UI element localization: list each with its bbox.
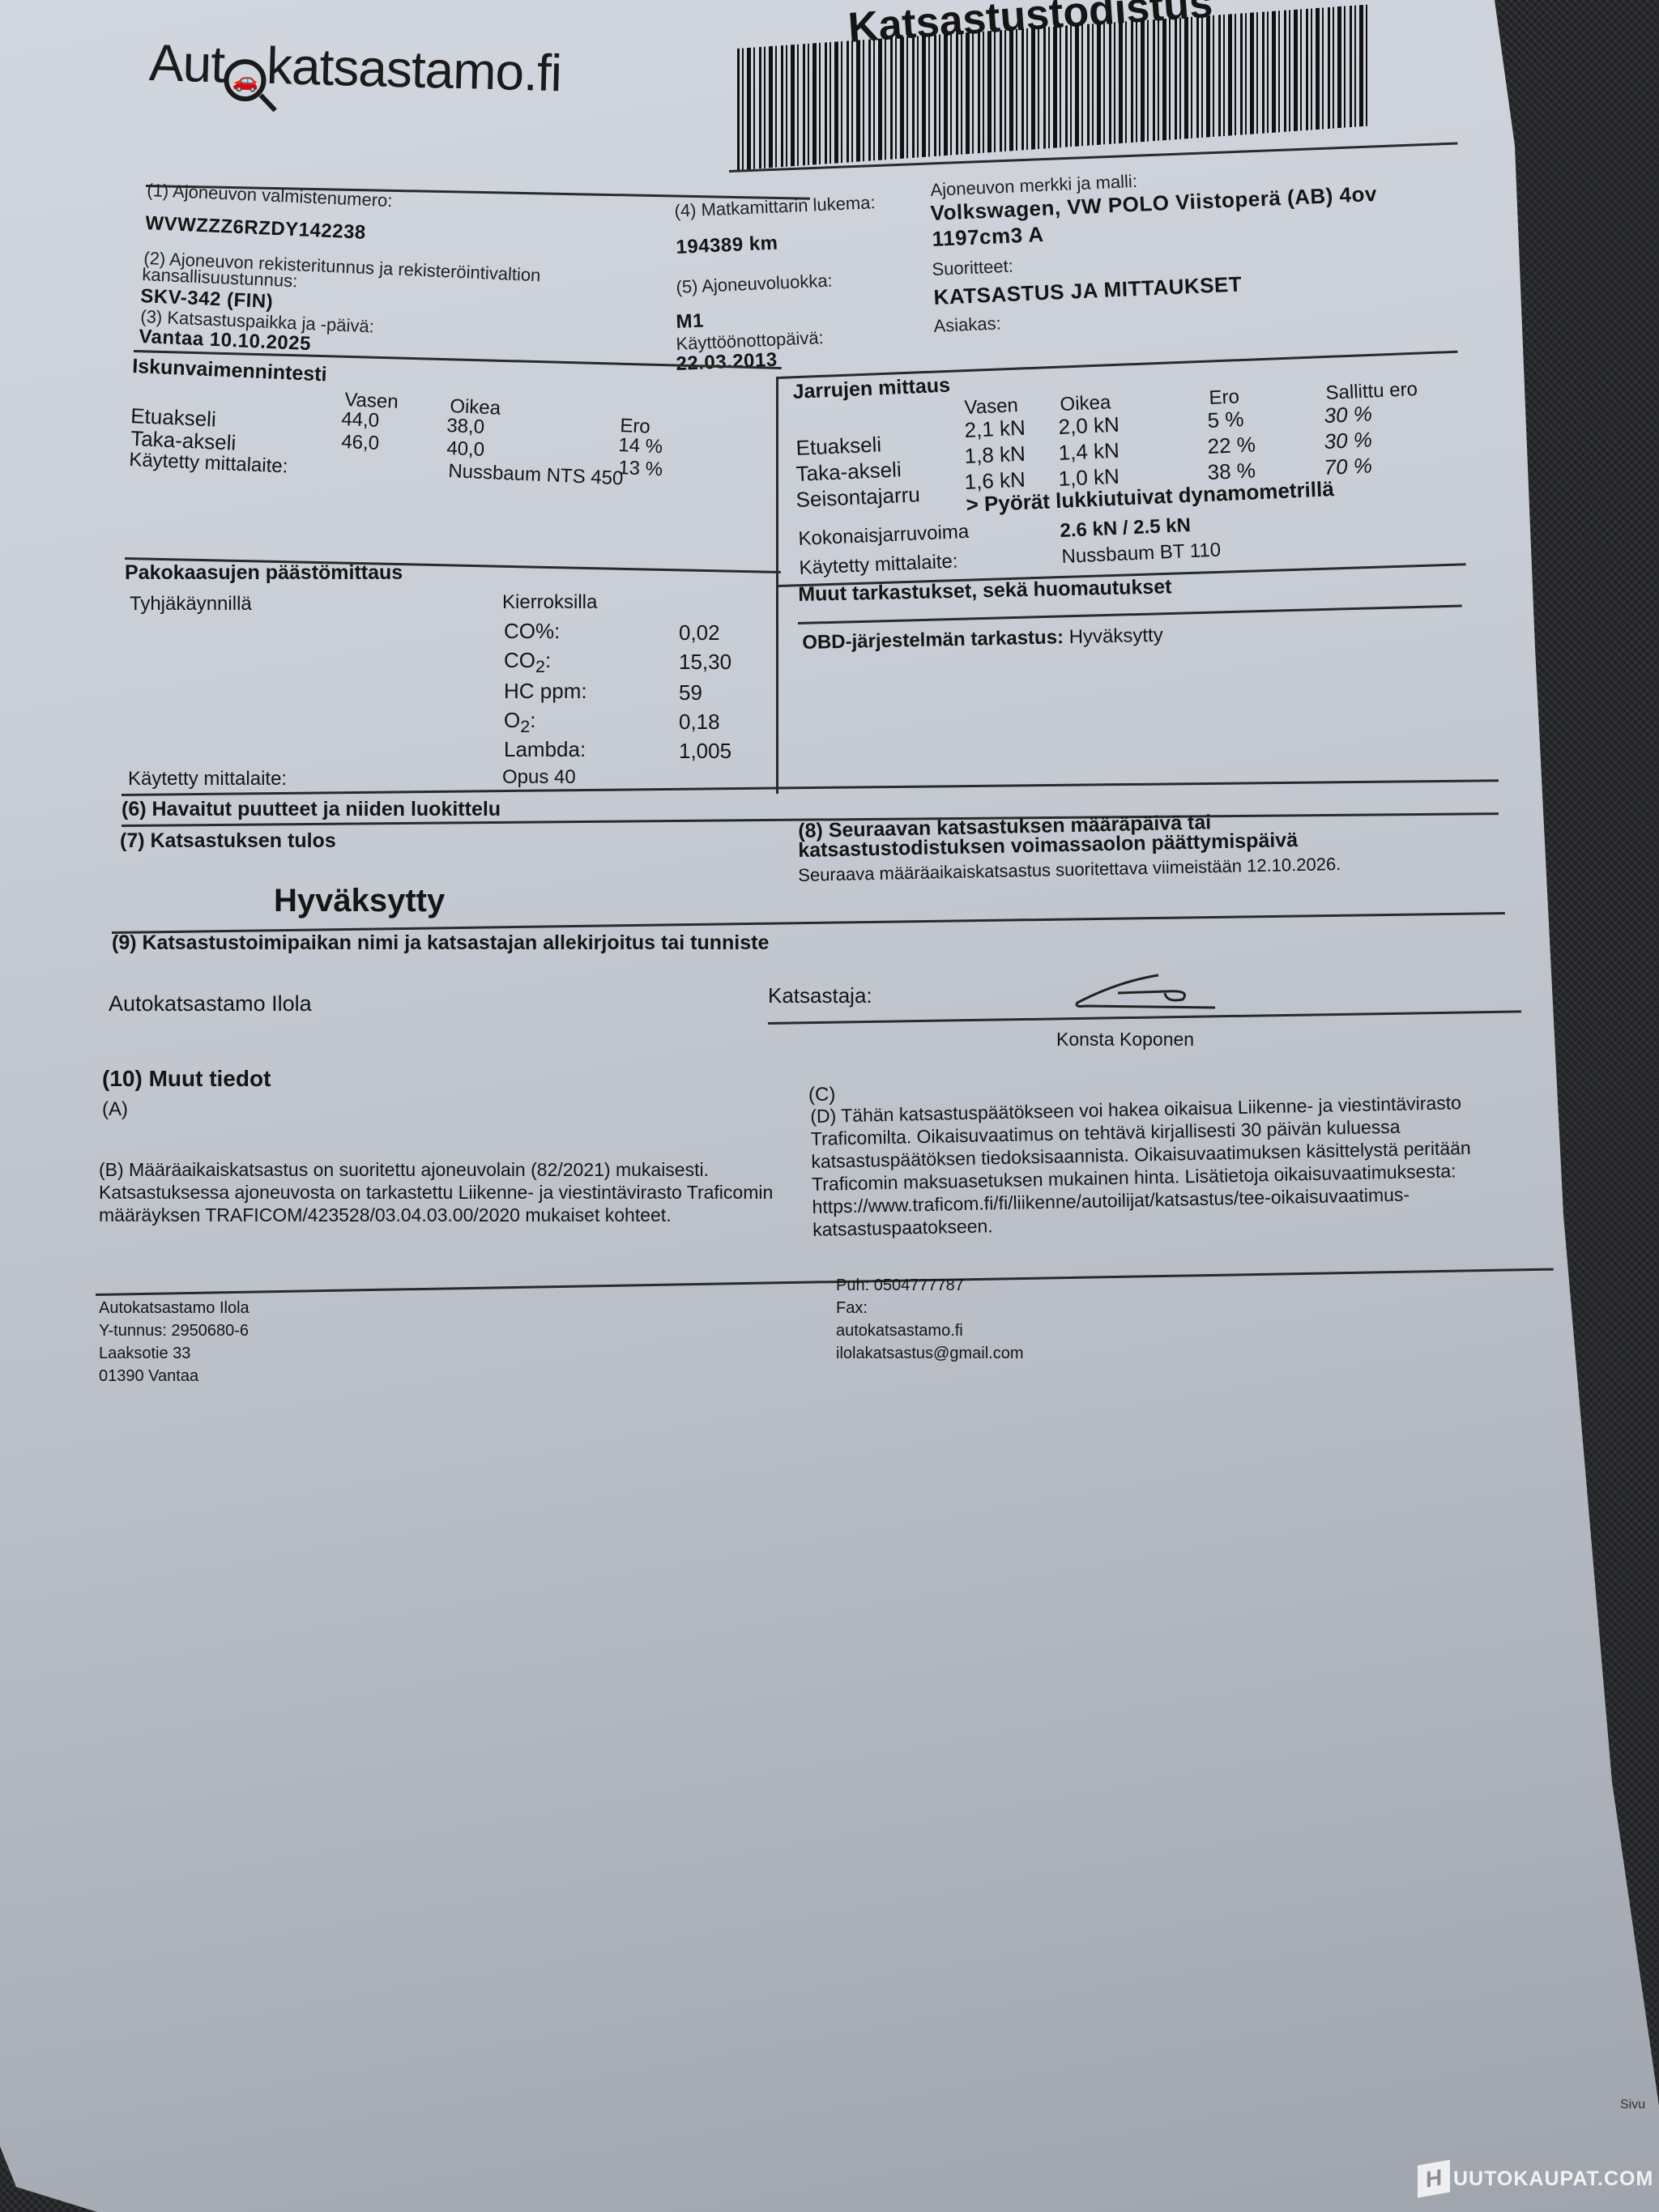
- company-logo: Aut🚗katsastamo.fi: [148, 32, 562, 109]
- obd-value: Hyväksytty: [1068, 624, 1163, 648]
- emission-row-name: CO2:: [504, 648, 551, 677]
- footer-business-id: Y-tunnus: 2950680-6: [99, 1322, 249, 1340]
- obd-label: OBD-järjestelmän tarkastus:: [802, 626, 1064, 654]
- emission-suffix: :: [530, 708, 535, 732]
- footer-city: 01390 Vantaa: [99, 1367, 198, 1386]
- emissions-title: Pakokaasujen päästömittaus: [125, 561, 403, 585]
- emissions-rpm-label: Kierroksilla: [502, 591, 597, 614]
- customer-label: Asiakas:: [933, 313, 1001, 337]
- other-checks-title: Muut tarkastukset, sekä huomautukset: [798, 575, 1172, 607]
- footer-phone: Puh: 0504777787: [836, 1276, 964, 1295]
- station-name: Autokatsastamo Ilola: [109, 991, 312, 1016]
- emission-row-name: Lambda:: [504, 737, 586, 762]
- brake-row-diff: 38 %: [1207, 458, 1256, 485]
- brake-row-name: Taka-akseli: [795, 457, 902, 487]
- brake-row-diff: 5 %: [1207, 407, 1244, 433]
- emission-row-name: CO%:: [504, 619, 560, 644]
- result-title: (7) Katsastuksen tulos: [120, 829, 336, 853]
- result-value: Hyväksytty: [274, 883, 445, 919]
- brake-row-name: Etuakseli: [795, 432, 882, 461]
- emission-name: CO%:: [504, 619, 560, 643]
- defects-title: (6) Havaitut puutteet ja niiden luokitte…: [122, 798, 501, 821]
- obd-check: OBD-järjestelmän tarkastus: Hyväksytty: [802, 624, 1163, 654]
- emission-subscript: 2: [520, 716, 530, 736]
- shock-row-left: 46,0: [341, 431, 380, 455]
- brake-device-label: Käytetty mittalaite:: [799, 550, 958, 580]
- emission-row-name: O2:: [504, 708, 536, 737]
- footer-email[interactable]: ilolakatsastus@gmail.com: [836, 1345, 1024, 1363]
- emission-row-value: 0,02: [679, 620, 720, 646]
- divider: [96, 1268, 1554, 1296]
- shock-row-left: 44,0: [341, 408, 380, 433]
- brake-row-allowed: 30 %: [1324, 427, 1373, 454]
- inspector-name: Konsta Koponen: [1056, 1029, 1194, 1051]
- signature-line: [768, 1010, 1521, 1025]
- brake-row-allowed: 70 %: [1324, 453, 1373, 480]
- inspector-label: Katsastaja:: [768, 983, 872, 1008]
- brake-row-name: Seisontajarru: [795, 482, 920, 513]
- vehicle-class-value: M1: [676, 310, 705, 334]
- emission-row-name: HC ppm:: [504, 679, 587, 704]
- footer-website[interactable]: autokatsastamo.fi: [836, 1322, 963, 1340]
- brake-row-right: 1,4 kN: [1058, 438, 1120, 466]
- barcode-icon: [737, 4, 1369, 170]
- other-info-d: (D) Tähän katsastuspäätökseen voi hakea …: [810, 1090, 1525, 1241]
- emission-row-value: 59: [679, 680, 702, 705]
- brake-row-right: 1,0 kN: [1058, 464, 1120, 492]
- other-info-title: (10) Muut tiedot: [102, 1066, 271, 1092]
- first-use-value: 22.03.2013: [676, 349, 778, 376]
- divider: [122, 779, 1499, 796]
- other-info-c: (C): [808, 1084, 835, 1106]
- other-info-a: (A): [102, 1098, 128, 1121]
- footer-company: Autokatsastamo Ilola: [99, 1299, 249, 1318]
- brake-test-title: Jarrujen mittaus: [792, 374, 951, 404]
- brake-device-value: Nussbaum BT 110: [1061, 539, 1222, 569]
- divider: [798, 605, 1462, 624]
- total-brake-value: 2.6 kN / 2.5 kN: [1060, 514, 1192, 543]
- logo-text-right: katsastamo.fi: [266, 36, 562, 103]
- brake-row-left: 1,8 kN: [964, 441, 1026, 469]
- vin-value: WVWZZZ6RZDY142238: [145, 212, 367, 245]
- huutokaupat-watermark: UUTOKAUPAT.COM: [1418, 2163, 1653, 2195]
- brake-row-left: 2,1 kN: [964, 416, 1026, 443]
- brake-row-diff: 22 %: [1207, 432, 1256, 459]
- shock-row-diff: 14 %: [618, 434, 663, 458]
- emission-name: Lambda:: [504, 737, 586, 761]
- total-brake-label: Kokonaisjarruvoima: [798, 521, 970, 551]
- emission-subscript: 2: [535, 656, 545, 676]
- shock-row-diff: 13 %: [618, 457, 663, 481]
- shock-row-right: 40,0: [446, 437, 485, 462]
- vin-label: (1) Ajoneuvon valmistenumero:: [147, 180, 393, 211]
- odometer-value: 194389 km: [676, 232, 778, 259]
- emission-name: O: [504, 708, 520, 732]
- emission-row-value: 1,005: [679, 739, 731, 764]
- emissions-idle-label: Tyhjäkäynnillä: [130, 593, 252, 616]
- inspection-certificate-paper: Aut🚗katsastamo.fi Katsastustodistus (1) …: [0, 0, 1659, 2212]
- logo-text-left: Aut: [148, 33, 225, 93]
- other-info-b: (B) Määräaikaiskatsastus on suoritettu a…: [99, 1158, 804, 1226]
- signature-section-title: (9) Katsastustoimipaikan nimi ja katsast…: [112, 931, 769, 955]
- vehicle-class-label: (5) Ajoneuvoluokka:: [676, 271, 833, 298]
- engine-value: 1197cm3 A: [932, 222, 1044, 252]
- emission-name: CO: [504, 648, 535, 672]
- watermark-text: UUTOKAUPAT.COM: [1453, 2167, 1653, 2191]
- services-label: Suoritteet:: [932, 256, 1013, 280]
- car-magnifier-icon: 🚗: [224, 58, 267, 101]
- emission-suffix: :: [545, 648, 551, 672]
- emission-name: HC ppm:: [504, 679, 587, 703]
- emission-row-value: 15,30: [679, 650, 731, 675]
- footer-fax: Fax:: [836, 1299, 868, 1318]
- shock-row-right: 38,0: [446, 415, 485, 439]
- huutokaupat-cube-logo-icon: [1418, 2159, 1450, 2197]
- emissions-device-value: Opus 40: [502, 766, 576, 789]
- shock-device-value: Nussbaum NTS 450: [448, 460, 624, 490]
- handwritten-signature-icon: [1069, 972, 1223, 1012]
- emissions-device-label: Käytetty mittalaite:: [128, 768, 287, 791]
- page-number-label: Sivu: [1620, 2098, 1645, 2112]
- brake-row-left: 1,6 kN: [964, 467, 1026, 495]
- shock-row-name: Taka-akseli: [130, 426, 237, 456]
- footer-street: Laaksotie 33: [99, 1345, 190, 1363]
- brake-row-right: 2,0 kN: [1058, 412, 1120, 440]
- brake-row-allowed: 30 %: [1324, 401, 1373, 428]
- brake-col-allowed: Sallittu ero: [1325, 378, 1418, 405]
- divider: [778, 351, 1457, 379]
- emission-row-value: 0,18: [679, 710, 720, 735]
- shock-test-title: Iskunvaimennintesti: [132, 355, 327, 386]
